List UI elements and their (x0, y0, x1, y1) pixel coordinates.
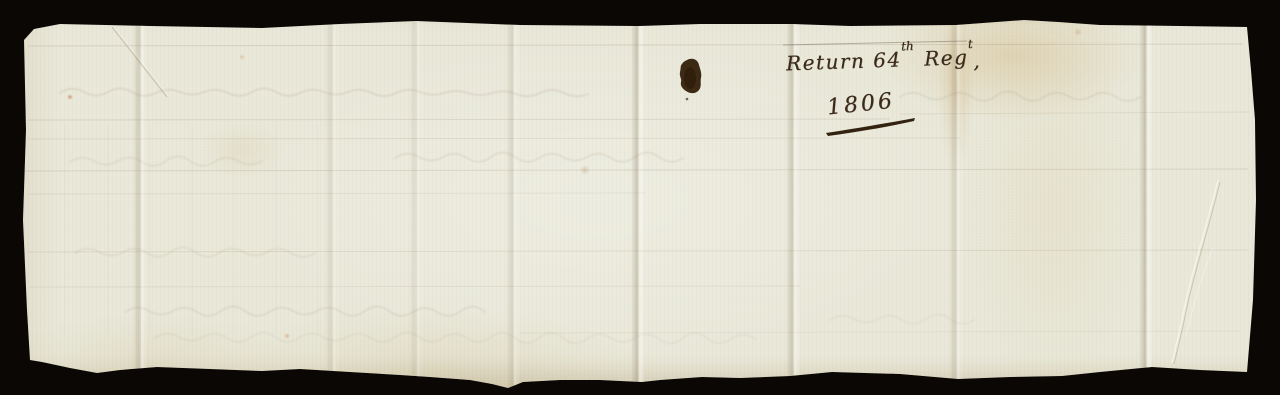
docket-superscript-th: th (901, 39, 914, 53)
fold-crease (409, 0, 423, 395)
docket-comma: , (973, 49, 982, 73)
fold-crease (133, 0, 147, 395)
fold-crease (325, 0, 339, 395)
fold-crease (1139, 0, 1153, 395)
docket-text-part2: Reg (924, 45, 969, 71)
fold-crease (631, 0, 645, 395)
docket-text-part1: Return 64 (786, 47, 902, 75)
scanner-background: Return 64thRegt, 1806 (0, 0, 1280, 395)
fold-crease (506, 0, 520, 395)
document-paper-verso: Return 64thRegt, 1806 (0, 0, 1280, 395)
